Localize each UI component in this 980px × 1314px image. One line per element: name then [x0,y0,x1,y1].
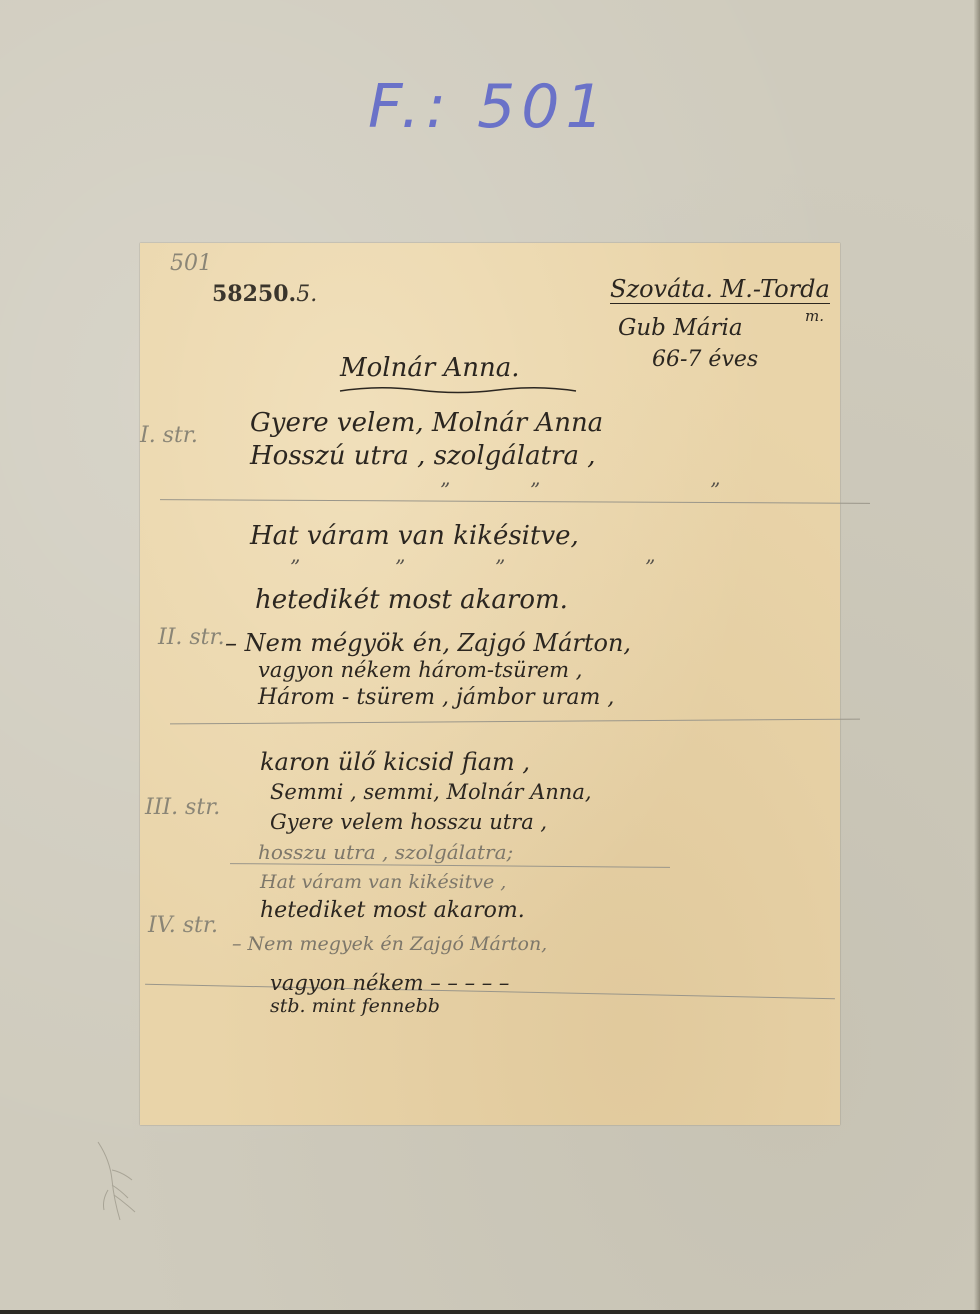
location-suffix: m. [805,307,824,325]
stanza-label-1: I. str. [140,423,198,448]
line-6: vagyon nékem három-tsürem , [258,658,582,682]
manuscript-page: 501 58250.5. Szováta. M.-Torda m. Gub Má… [140,243,840,1125]
line-2: Hosszú utra , szolgálatra , [250,441,596,471]
line-13: hetediket most akarom. [260,898,525,923]
catalog-number-suffix: 5. [296,282,317,307]
line-15: vagyon nékem – – – – – [270,971,509,995]
line-3: Hat váram van kikésitve, [250,521,579,551]
line-9: Semmi , semmi, Molnár Anna, [270,780,592,804]
ditto-mark: ” [395,555,405,579]
folio-number: F.: 501 [368,72,610,142]
ditto-mark: ” [710,478,720,502]
pencil-rule [160,499,870,504]
line-16: stb. mint fennebb [270,995,440,1017]
line-10: Gyere velem hosszu utra , [270,810,547,834]
line-14: – Nem megyek én Zajgó Márton, [232,933,547,955]
song-title: Molnár Anna. [340,353,520,383]
informant-name: Gub Mária [618,315,743,341]
line-7: Három - tsürem , jámbor uram , [258,685,614,710]
line-5: – Nem mégyök én, Zajgó Márton, [225,629,631,657]
title-underline [338,385,578,395]
location: Szováta. M.-Torda [610,275,830,304]
informant-age: 66-7 éves [652,347,758,372]
root-shaped-stain [90,1140,150,1230]
ditto-mark: ” [530,478,540,502]
catalog-number: 58250.5. [212,281,317,307]
pencil-rule [170,719,860,725]
mount-edge [0,1310,980,1314]
line-4: hetedikét most akarom. [255,585,568,615]
ditto-mark: ” [290,555,300,579]
ditto-mark: ” [440,478,450,502]
catalog-number-main: 58250. [212,281,296,307]
stanza-label-3: III. str. [145,795,220,820]
pencil-number: 501 [170,251,212,276]
stanza-label-4: IV. str. [148,913,218,938]
ditto-mark: ” [645,555,655,579]
ditto-mark: ” [495,555,505,579]
stanza-label-2: II. str. [158,625,225,650]
line-8: karon ülő kicsid fiam , [260,748,530,776]
line-11: hosszu utra , szolgálatra; [258,840,513,864]
line-1: Gyere velem, Molnár Anna [250,408,603,438]
line-12: Hat váram van kikésitve , [260,871,506,893]
mount-edge [974,0,980,1314]
